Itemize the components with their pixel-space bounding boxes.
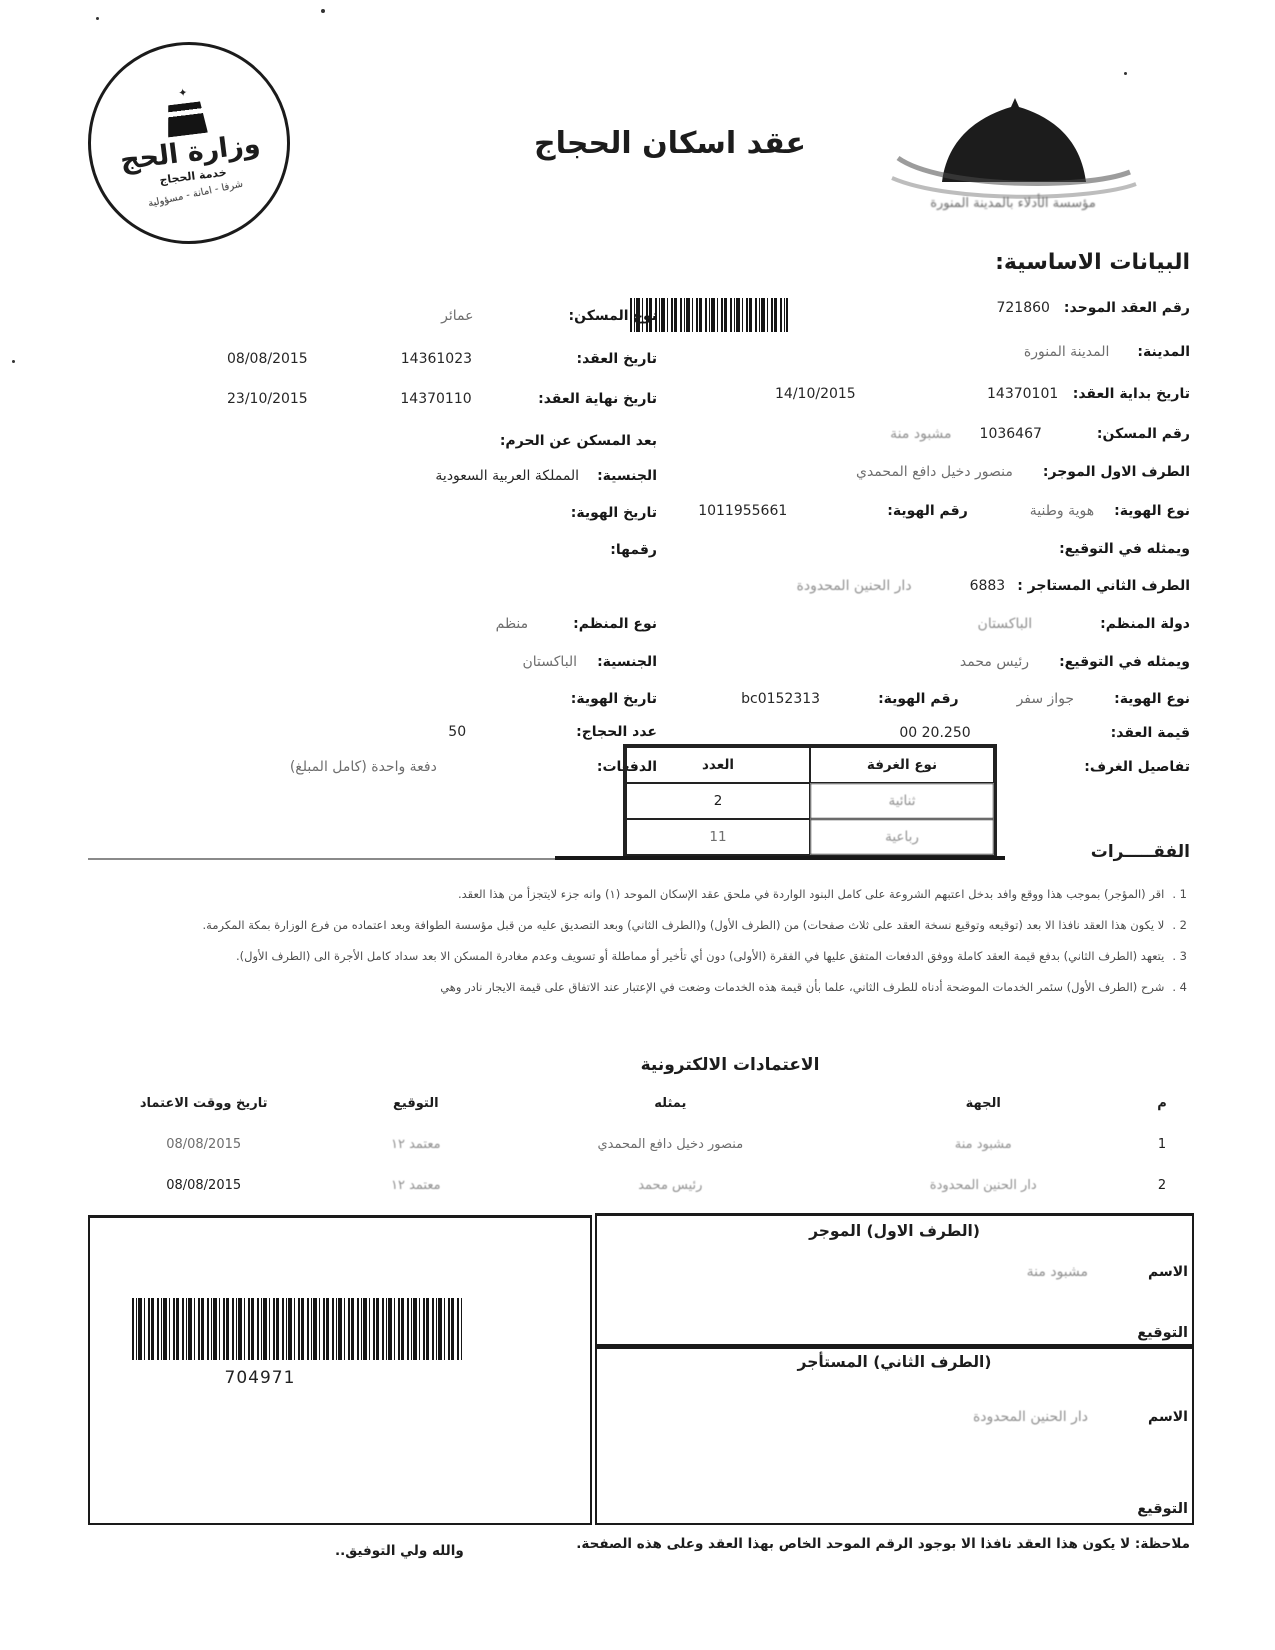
field-distance-from-haram: بعد المسكن عن الحرم: <box>500 433 657 449</box>
clause-item: 2 . لا يكون هذا العقد نافذا الا بعد (توق… <box>87 915 1187 937</box>
clause-item: 4 . شرح (الطرف الأول) سئمر الخدمات الموض… <box>87 977 1187 999</box>
field-label: تفاصيل الغرف: <box>1084 759 1190 775</box>
field-label: رقمها: <box>610 542 657 558</box>
field-value: 50 <box>448 724 466 740</box>
approval-row-num: 1 <box>1137 1137 1187 1152</box>
field-pilgrims-count: عدد الحجاج: 50 <box>448 724 657 740</box>
field-label: رقم العقد الموحد: <box>1064 300 1190 316</box>
field-label: نوع الهوية: <box>1114 691 1190 707</box>
field-label-id-no: رقم الهوية: <box>887 503 968 519</box>
field-housing-no: رقم المسكن: 1036467 مشبود منة <box>890 426 1190 442</box>
footer-note: ملاحظة: لا يكون هذا العقد نافذا الا بوجو… <box>576 1536 1190 1552</box>
clause-item: 1 . اقر (المؤجر) بموجب هذا ووقع وافد بدخ… <box>87 884 1187 906</box>
field-label-id-no: رقم الهوية: <box>878 691 959 707</box>
field-represented-by-1: ويمثله في التوقيع: <box>1059 541 1190 557</box>
clause-number: 2 . <box>1172 915 1187 937</box>
name-value: مشبود منة <box>1027 1264 1088 1280</box>
label-value-pair: تاريخ بداية العقد: 14370101 <box>987 386 1190 402</box>
field-first-party-lessor: الطرف الاول الموجر: منصور دخيل دافع المح… <box>856 464 1190 480</box>
section-title-basic-data: البيانات الاساسية: <box>995 250 1190 275</box>
field-label: تاريخ العقد: <box>576 351 657 367</box>
field-label: الجنسية: <box>597 654 657 670</box>
signature-label: التوقيع <box>1137 1501 1188 1517</box>
col-header-signature: التوقيع <box>320 1096 511 1111</box>
field-represented-by-2: ويمثله في التوقيع: رئيس محمد <box>960 654 1190 670</box>
room-details-table: نوع الغرفة العدد ثنائية 2 رباعية 11 <box>623 744 997 858</box>
field-label: الطرف الاول الموجر: <box>1043 464 1190 480</box>
field-label: نوع المنظم: <box>573 616 657 632</box>
field-value: هوية وطنية <box>1030 503 1094 519</box>
col-header-num: م <box>1137 1096 1187 1111</box>
field-id-number-label: رقمها: <box>610 542 657 558</box>
clause-number: 1 . <box>1172 884 1187 906</box>
field-second-party-tenant: الطرف الثاني المستاجر : 6883 دار الحنين … <box>797 578 1191 594</box>
approval-row-signature: معتمد ١٢ <box>320 1137 511 1152</box>
field-organizer-type: نوع المنظم: منظم <box>496 616 657 632</box>
clause-text: شرح (الطرف الأول) سئمر الخدمات الموضحة أ… <box>440 977 1164 999</box>
field-label: نوع الهوية: <box>1114 503 1190 519</box>
field-label: رقم المسكن: <box>1097 426 1190 442</box>
field-value: رئيس محمد <box>960 654 1029 670</box>
field-contract-value: قيمة العقد: 20.250 00 <box>899 725 1190 741</box>
room-type-cell: ثنائية <box>810 783 994 819</box>
label-value-pair: تاريخ نهاية العقد: 14370110 <box>400 391 657 407</box>
clause-number: 4 . <box>1172 977 1187 999</box>
field-value: 721860 <box>996 300 1049 316</box>
signature-label: التوقيع <box>1137 1325 1188 1341</box>
approval-row-datetime: 08/08/2015 <box>87 1178 320 1193</box>
kaaba-icon <box>164 101 208 138</box>
name-label: الاسم <box>1148 1264 1188 1280</box>
field-nationality-lessor: الجنسية: المملكة العربية السعودية <box>435 468 657 484</box>
field-contract-end-date: تاريخ نهاية العقد: 14370110 23/10/2015 <box>227 391 657 407</box>
second-party-title: (الطرف الثاني) المستأجر <box>597 1353 1192 1371</box>
footer-closing: والله ولي التوفيق.. <box>335 1543 464 1559</box>
scan-speck <box>12 360 15 363</box>
field-tenant-name: دار الحنين المحدودة <box>797 578 912 594</box>
field-value: الباكستان <box>523 654 578 670</box>
barcode-box: 704971 <box>88 1215 592 1525</box>
field-id-type-lessor: نوع الهوية: هوية وطنية رقم الهوية: 10119… <box>698 503 1190 519</box>
field-value: منصور دخيل دافع المحمدي <box>856 464 1013 480</box>
field-label: ويمثله في التوقيع: <box>1059 654 1190 670</box>
room-count-cell: 11 <box>626 819 810 855</box>
field-label: قيمة العقد: <box>1111 725 1190 741</box>
section-title-clauses: الفقـــــرات <box>1091 842 1190 862</box>
page-title: عقد اسكان الحجاج <box>470 126 870 161</box>
second-party-name-row: الاسم دار الحنين المحدودة <box>973 1409 1188 1425</box>
second-party-signature-box: (الطرف الثاني) المستأجر الاسم دار الحنين… <box>595 1344 1194 1525</box>
field-payments: الدفعات: دفعة واحدة (كامل المبلغ) <box>290 759 657 775</box>
field-value: جواز سفر <box>1017 691 1075 707</box>
field-id-number: 1011955661 <box>698 503 787 519</box>
field-contract-date: تاريخ العقد: 14361023 08/08/2015 <box>227 351 657 367</box>
field-city: المدينة: المدينة المنورة <box>1024 344 1190 360</box>
field-label: ويمثله في التوقيع: <box>1059 541 1190 557</box>
room-type-cell: رباعية <box>810 819 994 855</box>
approval-row-representative: رئيس محمد <box>511 1178 829 1193</box>
table-header-row: نوع الغرفة العدد <box>626 747 994 783</box>
field-value: 1036467 <box>980 426 1042 442</box>
horizontal-rule-dark <box>555 856 1005 860</box>
field-unified-contract-no: رقم العقد الموحد: 721860 <box>996 300 1190 316</box>
field-value-gregorian: 14/10/2015 <box>775 386 856 402</box>
scan-speck <box>1124 72 1127 75</box>
field-label: تاريخ نهاية العقد: <box>538 391 657 407</box>
field-value-hijri: 14370110 <box>400 391 471 407</box>
first-party-title: (الطرف الاول) الموجر <box>597 1222 1192 1240</box>
org-caption: مؤسسة الأدلاء بالمدينة المنورة <box>868 196 1158 211</box>
col-header-entity: الجهة <box>829 1096 1137 1111</box>
col-header-representative: يمثله <box>511 1096 829 1111</box>
field-value: دفعة واحدة (كامل المبلغ) <box>290 759 437 775</box>
field-housing-name: مشبود منة <box>890 426 951 442</box>
field-housing-type: نوع المسكن: عمائر <box>441 308 657 324</box>
field-value: المدينة المنورة <box>1024 344 1109 360</box>
clause-item: 3 . يتعهد (الطرف الثاني) بدفع قيمة العقد… <box>87 946 1187 968</box>
col-header-count: العدد <box>626 747 810 783</box>
field-label: الجنسية: <box>597 468 657 484</box>
room-count-cell: 2 <box>626 783 810 819</box>
clauses-list: 1 . اقر (المؤجر) بموجب هذا ووقع وافد بدخ… <box>87 884 1187 1007</box>
field-value-hijri: 14361023 <box>401 351 472 367</box>
section-title-electronic-approvals: الاعتمادات الالكترونية <box>560 1055 900 1075</box>
field-value-gregorian: 08/08/2015 <box>227 351 308 367</box>
approval-row-entity: دار الحنين المحدودة <box>829 1178 1137 1193</box>
field-organizer-country: دولة المنظم: الباكستان <box>978 616 1190 632</box>
scan-speck <box>321 9 325 13</box>
field-room-details: تفاصيل الغرف: <box>1084 759 1190 775</box>
field-label: دولة المنظم: <box>1100 616 1190 632</box>
seal-star-icon: ✦ <box>177 86 188 100</box>
field-id-number: bc0152313 <box>741 691 820 707</box>
name-label: الاسم <box>1148 1409 1188 1425</box>
field-contract-start-date: تاريخ بداية العقد: 14370101 14/10/2015 <box>775 386 1190 402</box>
ministry-of-hajj-seal: ✦ وزارة الحج خدمة الحجاج شرفا - امانة - … <box>76 30 301 255</box>
approval-row-representative: منصور دخيل دافع المحمدي <box>511 1137 829 1152</box>
col-header-datetime: تاريخ ووقت الاعتماد <box>87 1096 320 1111</box>
field-value: المملكة العربية السعودية <box>435 468 579 484</box>
table-row: ثنائية 2 <box>626 783 994 819</box>
field-label: تاريخ الهوية: <box>571 505 657 521</box>
horizontal-rule-light <box>88 858 558 860</box>
clause-text: يتعهد (الطرف الثاني) بدفع قيمة العقد كام… <box>236 946 1164 968</box>
approval-row-num: 2 <box>1137 1178 1187 1193</box>
approval-row-signature: معتمد ١٢ <box>320 1178 511 1193</box>
field-value: 6883 <box>970 578 1006 594</box>
field-value: منظم <box>496 616 529 632</box>
mosque-dome-icon <box>880 92 1150 212</box>
field-value: الباكستان <box>978 616 1033 632</box>
field-id-date-lessor: تاريخ الهوية: <box>571 505 657 521</box>
approval-row-datetime: 08/08/2015 <box>87 1137 320 1152</box>
name-value: دار الحنين المحدودة <box>973 1409 1088 1425</box>
scan-speck <box>96 17 99 20</box>
field-label: المدينة: <box>1137 344 1190 360</box>
field-value: عمائر <box>441 308 473 324</box>
field-label: تاريخ بداية العقد: <box>1073 386 1190 402</box>
field-value-hijri: 14370101 <box>987 386 1058 402</box>
field-label: نوع المسكن: <box>569 308 658 324</box>
field-value-gregorian: 23/10/2015 <box>227 391 308 407</box>
table-row: رباعية 11 <box>626 819 994 855</box>
contract-barcode-bottom <box>132 1298 462 1360</box>
field-nationality-tenant: الجنسية: الباكستان <box>523 654 658 670</box>
field-label: عدد الحجاج: <box>576 724 657 740</box>
clause-number: 3 . <box>1172 946 1187 968</box>
field-value: 20.250 00 <box>899 725 970 741</box>
contract-page: ✦ وزارة الحج خدمة الحجاج شرفا - امانة - … <box>0 0 1275 1650</box>
first-party-signature-box: (الطرف الاول) الموجر الاسم مشبود منة الت… <box>595 1213 1194 1349</box>
approval-row-entity: مشبود منة <box>829 1137 1137 1152</box>
field-id-type-tenant: نوع الهوية: جواز سفر رقم الهوية: bc01523… <box>741 691 1190 707</box>
clause-text: لا يكون هذا العقد نافذا الا بعد (توقيعه … <box>203 915 1165 937</box>
approvals-table: م الجهة يمثله التوقيع تاريخ ووقت الاعتما… <box>87 1096 1187 1193</box>
field-label: تاريخ الهوية: <box>571 691 657 707</box>
field-label: بعد المسكن عن الحرم: <box>500 433 657 449</box>
first-party-name-row: الاسم مشبود منة <box>1027 1264 1188 1280</box>
field-id-date-tenant: تاريخ الهوية: <box>571 691 657 707</box>
col-header-room-type: نوع الغرفة <box>810 747 994 783</box>
barcode-number: 704971 <box>110 1368 410 1388</box>
field-label: الطرف الثاني المستاجر : <box>1017 578 1190 594</box>
clause-text: اقر (المؤجر) بموجب هذا ووقع وافد بدخل اع… <box>458 884 1164 906</box>
label-value-pair: تاريخ العقد: 14361023 <box>401 351 657 367</box>
